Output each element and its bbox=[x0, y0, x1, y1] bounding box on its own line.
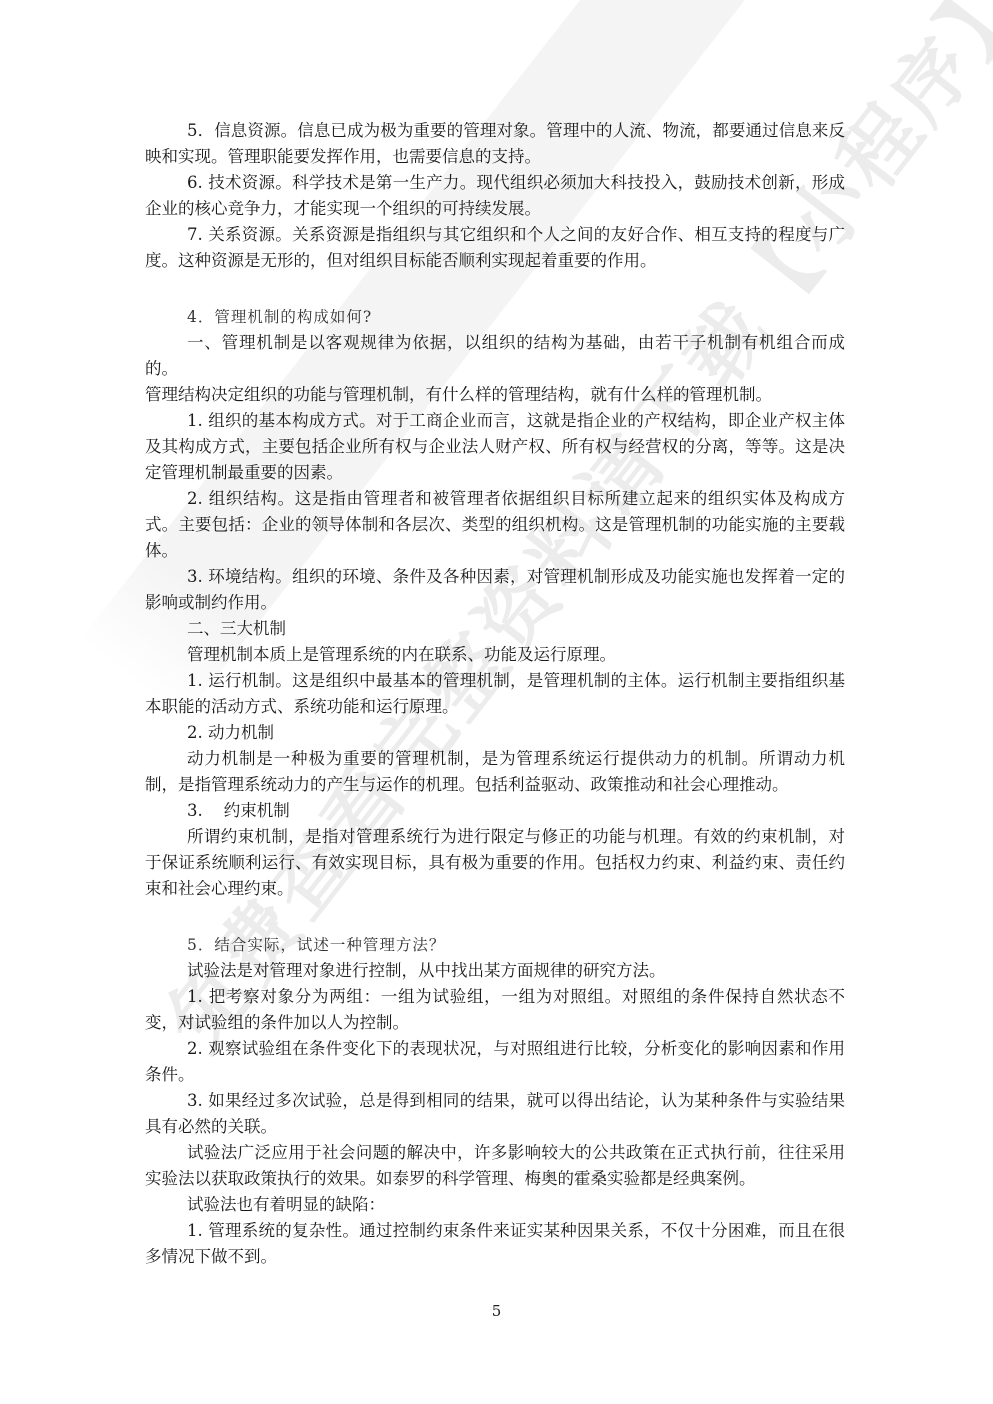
paragraph-info-resource: 5．信息资源。信息已成为极为重要的管理对象。管理中的人流、物流，都要通过信息来反… bbox=[145, 118, 845, 170]
q4-item-2: 2. 组织结构。这是指由管理者和被管理者依据组织目标所建立起来的组织实体及构成方… bbox=[145, 486, 845, 564]
q4-part2-title: 二、三大机制 bbox=[145, 616, 845, 642]
q4-intro-2: 管理结构决定组织的功能与管理机制，有什么样的管理结构，就有什么样的管理机制。 bbox=[145, 382, 845, 408]
paragraph-tech-resource: 6. 技术资源。科学技术是第一生产力。现代组织必须加大科技投入，鼓励技术创新，形… bbox=[145, 170, 845, 222]
q5-intro: 试验法是对管理对象进行控制，从中找出某方面规律的研究方法。 bbox=[145, 958, 845, 984]
q5-application: 试验法广泛应用于社会问题的解决中，许多影响较大的公共政策在正式执行前，往往采用实… bbox=[145, 1140, 845, 1192]
q5-step-3: 3. 如果经过多次试验，总是得到相同的结果，就可以得出结论，认为某种条件与实验结… bbox=[145, 1088, 845, 1140]
page-number: 5 bbox=[0, 1302, 993, 1320]
q4-part2-intro: 管理机制本质上是管理系统的内在联系、功能及运行原理。 bbox=[145, 642, 845, 668]
q4-mechanism-constraint-title: 3. 约束机制 bbox=[145, 798, 845, 824]
q5-defects-intro: 试验法也有着明显的缺陷： bbox=[145, 1192, 845, 1218]
spacer bbox=[145, 274, 845, 304]
q5-step-2: 2. 观察试验组在条件变化下的表现状况，与对照组进行比较，分析变化的影响因素和作… bbox=[145, 1036, 845, 1088]
q4-intro: 一、管理机制是以客观规律为依据，以组织的结构为基础，由若干子机制有机组合而成的。 bbox=[145, 330, 845, 382]
document-page: 5．信息资源。信息已成为极为重要的管理对象。管理中的人流、物流，都要通过信息来反… bbox=[145, 118, 845, 1270]
q4-mechanism-constraint-body: 所谓约束机制，是指对管理系统行为进行限定与修正的功能与机理。有效的约束机制，对于… bbox=[145, 824, 845, 902]
q4-mechanism-operation: 1. 运行机制。这是组织中最基本的管理机制，是管理机制的主体。运行机制主要指组织… bbox=[145, 668, 845, 720]
q4-mechanism-dynamic-body: 动力机制是一种极为重要的管理机制，是为管理系统运行提供动力的机制。所谓动力机制，… bbox=[145, 746, 845, 798]
q5-step-1: 1. 把考察对象分为两组：一组为试验组，一组为对照组。对照组的条件保持自然状态不… bbox=[145, 984, 845, 1036]
paragraph-relation-resource: 7. 关系资源。关系资源是指组织与其它组织和个人之间的友好合作、相互支持的程度与… bbox=[145, 222, 845, 274]
q4-mechanism-dynamic-title: 2. 动力机制 bbox=[145, 720, 845, 746]
question-4-title: 4．管理机制的构成如何? bbox=[145, 304, 845, 330]
q5-defect-1: 1. 管理系统的复杂性。通过控制约束条件来证实某种因果关系，不仅十分困难，而且在… bbox=[145, 1218, 845, 1270]
q4-item-1: 1. 组织的基本构成方式。对于工商企业而言，这就是指企业的产权结构，即企业产权主… bbox=[145, 408, 845, 486]
spacer bbox=[145, 902, 845, 932]
question-5-title: 5．结合实际，试述一种管理方法？ bbox=[145, 932, 845, 958]
q4-item-3: 3. 环境结构。组织的环境、条件及各种因素，对管理机制形成及功能实施也发挥着一定… bbox=[145, 564, 845, 616]
